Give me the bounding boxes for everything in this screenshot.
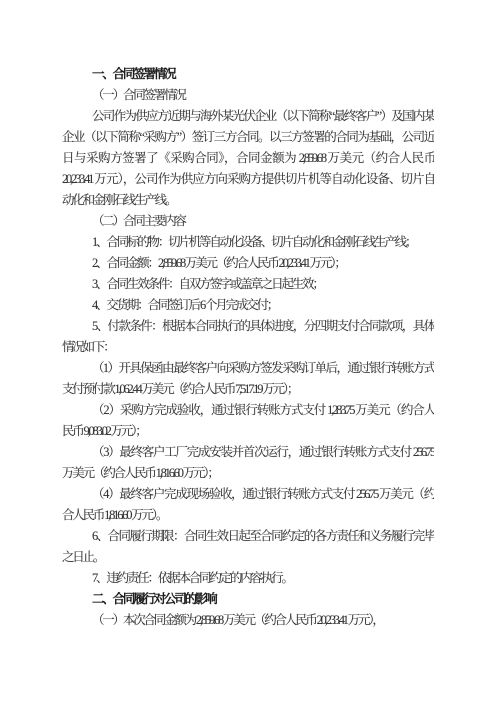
document-line: 1、合同标的物：切片机等自动化设备、切片自动化和金刚石线生产线； <box>62 232 434 253</box>
document-page: 一、合同签署情况（一）合同签署情况公司作为供应方近期与海外某光伏企业（以下简称“… <box>0 0 500 707</box>
document-line: 一、合同签署情况 <box>62 64 434 85</box>
document-line: 之日止。 <box>62 547 434 568</box>
paragraph: （1）开具保函由最终客户向采购方签发采购订单后，通过银行转账方式支付预付款 1,… <box>62 358 434 400</box>
paragraph: （2）采购方完成验收，通过银行转账方式支付 1,283.75 万美元（约合人民币… <box>62 400 434 442</box>
document-line: 2、合同金额：2,859.68 万美元（约合人民币 20,233.41 万元）； <box>62 253 434 274</box>
document-line: （1）开具保函由最终客户向采购方签发采购订单后，通过银行转账方式 <box>62 358 434 379</box>
paragraph: （3）最终客户工厂完成安装并首次运行，通过银行转账方式支付 256.75万美元（… <box>62 442 434 484</box>
document-line: 动化和金刚石线生产线。 <box>62 190 434 211</box>
document-line: （二）合同主要内容 <box>62 211 434 232</box>
paragraph: （二）合同主要内容 <box>62 211 434 232</box>
document-line: （4）最终客户完成现场验收，通过银行转账方式支付 256.75 万美元（约 <box>62 484 434 505</box>
document-line: 企业（以下简称“采购方”）签订三方合同。以三方签署的合同为基础，公司近 <box>62 127 434 148</box>
document-line: 合人民币 1,816.60 万元）。 <box>62 505 434 526</box>
document-line: （一）合同签署情况 <box>62 85 434 106</box>
document-line: 7、违约责任：依据本合同约定的内容执行。 <box>62 568 434 589</box>
paragraph: 4、交货期：合同签订后 6 个月完成交付； <box>62 295 434 316</box>
paragraph: 5、付款条件：根据本合同执行的具体进度，分四期支付合同款项，具体情况如下： <box>62 316 434 358</box>
paragraph: 6、合同履行期限：合同生效日起至合同约定的各方责任和义务履行完毕之日止。 <box>62 526 434 568</box>
document-line: （一）本次合同金额为 2,859.68 万美元（约合人民币 20,233.41 … <box>62 610 434 631</box>
paragraph: 7、违约责任：依据本合同约定的内容执行。 <box>62 568 434 589</box>
document-line: 4、交货期：合同签订后 6 个月完成交付； <box>62 295 434 316</box>
document-line: 20,233.41 万元），公司作为供应方向采购方提供切片机等自动化设备、切片自 <box>62 169 434 190</box>
paragraph: 公司作为供应方近期与海外某光伏企业（以下简称“最终客户”）及国内某企业（以下简称… <box>62 106 434 211</box>
document-line: 公司作为供应方近期与海外某光伏企业（以下简称“最终客户”）及国内某 <box>62 106 434 127</box>
document-line: 情况如下： <box>62 337 434 358</box>
document-line: （2）采购方完成验收，通过银行转账方式支付 1,283.75 万美元（约合人 <box>62 400 434 421</box>
paragraph: 二、合同履行对公司的影响 <box>62 589 434 610</box>
document-line: （3）最终客户工厂完成安装并首次运行，通过银行转账方式支付 256.75 <box>62 442 434 463</box>
document-line: 民币 9,083.02 万元）； <box>62 421 434 442</box>
document-line: 3、合同生效条件：自双方签字或盖章之日起生效； <box>62 274 434 295</box>
paragraph: 一、合同签署情况 <box>62 64 434 85</box>
paragraph: 2、合同金额：2,859.68 万美元（约合人民币 20,233.41 万元）； <box>62 253 434 274</box>
paragraph: 1、合同标的物：切片机等自动化设备、切片自动化和金刚石线生产线； <box>62 232 434 253</box>
document-line: 万美元（约合人民币 1,816.60 万元）； <box>62 463 434 484</box>
document-line: 日与采购方签署了《采购合同》，合同金额为 2,859.68 万美元（约合人民币 <box>62 148 434 169</box>
paragraph: （一）合同签署情况 <box>62 85 434 106</box>
document-line: 支付预付款 1,062.44 万美元（约合人民币 7,517.19 万元）； <box>62 379 434 400</box>
paragraph: （4）最终客户完成现场验收，通过银行转账方式支付 256.75 万美元（约合人民… <box>62 484 434 526</box>
paragraph: 3、合同生效条件：自双方签字或盖章之日起生效； <box>62 274 434 295</box>
paragraph: （一）本次合同金额为 2,859.68 万美元（约合人民币 20,233.41 … <box>62 610 434 631</box>
document-line: 二、合同履行对公司的影响 <box>62 589 434 610</box>
document-content: 一、合同签署情况（一）合同签署情况公司作为供应方近期与海外某光伏企业（以下简称“… <box>62 64 434 631</box>
document-line: 5、付款条件：根据本合同执行的具体进度，分四期支付合同款项，具体 <box>62 316 434 337</box>
document-line: 6、合同履行期限：合同生效日起至合同约定的各方责任和义务履行完毕 <box>62 526 434 547</box>
